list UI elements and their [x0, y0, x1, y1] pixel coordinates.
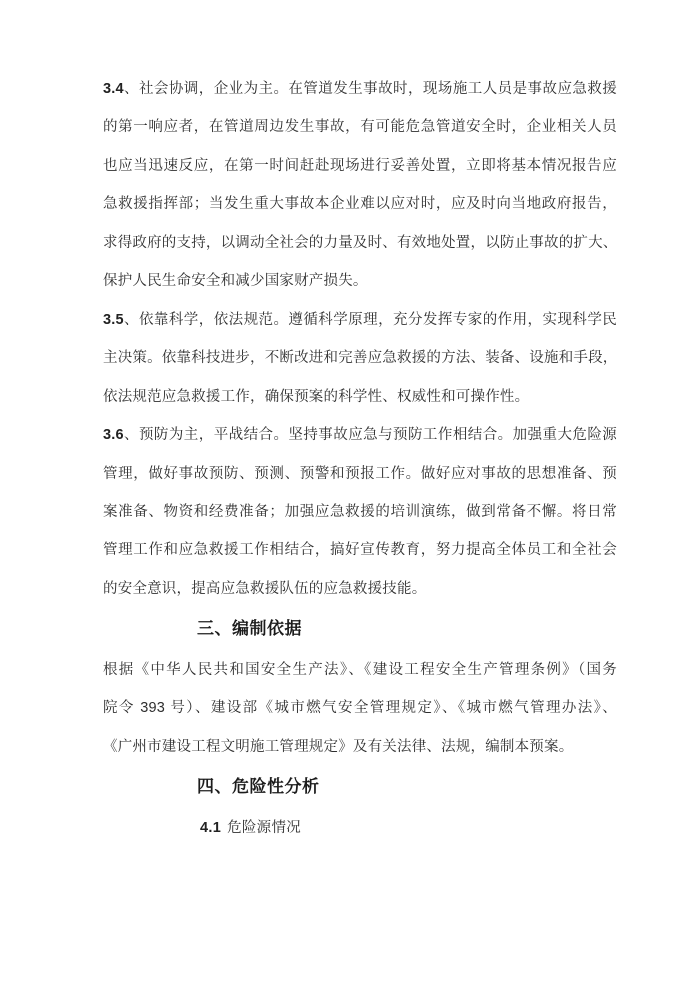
text-line: 《广州市建设工程文明施工管理规定》及有关法律、法规，编制本预案。	[103, 728, 617, 766]
paragraph-3-4: 3.4、社会协调，企业为主。在管道发生事故时，现场施工人员是事故应急救援 的第一…	[103, 70, 617, 301]
text-line: 的安全意识，提高应急救援队伍的应急救援技能。	[103, 570, 617, 608]
document-page: 3.4、社会协调，企业为主。在管道发生事故时，现场施工人员是事故应急救援 的第一…	[0, 0, 700, 990]
text-line: 院令 393 号）、建设部《城市燃气安全管理规定》、《城市燃气管理办法》、	[103, 689, 617, 727]
text-line: 3.5、依靠科学，依法规范。遵循科学原理，充分发挥专家的作用，实现科学民	[103, 301, 617, 339]
text-line: 管理工作和应急救援工作相结合，搞好宣传教育，努力提高全体员工和全社会	[103, 531, 617, 569]
text-line: 求得政府的支持，以调动全社会的力量及时、有效地处置，以防止事故的扩大、	[103, 224, 617, 262]
text-line: 急救援指挥部；当发生重大事故本企业难以应对时，应及时向当地政府报告，	[103, 185, 617, 223]
clause-number: 3.5	[103, 312, 124, 328]
text-line: 的第一响应者，在管道周边发生事故，有可能危急管道安全时，企业相关人员	[103, 108, 617, 146]
text-segment: 、依靠科学，依法规范。遵循科学原理，充分发挥专家的作用，实现科学民	[124, 312, 617, 328]
text-line: 管理，做好事故预防、预测、预警和预报工作。做好应对事故的思想准备、预	[103, 455, 617, 493]
subsection-4-1: 4.1危险源情况	[103, 809, 617, 847]
text-segment: 、预防为主，平战结合。坚持事故应急与预防工作相结合。加强重大危险源	[124, 427, 617, 443]
paragraph-3-5: 3.5、依靠科学，依法规范。遵循科学原理，充分发挥专家的作用，实现科学民 主决策…	[103, 301, 617, 416]
text-line: 案准备、物资和经费准备；加强应急救援的培训演练，做到常备不懈。将日常	[103, 493, 617, 531]
text-line: 保护人民生命安全和减少国家财产损失。	[103, 262, 617, 300]
text-segment: 、社会协调，企业为主。在管道发生事故时，现场施工人员是事故应急救援	[124, 81, 617, 97]
section-heading-risk-analysis: 四、危险性分析	[103, 768, 617, 806]
paragraph-basis: 根据《中华人民共和国安全生产法》、《建设工程安全生产管理条例》（国务 院令 39…	[103, 651, 617, 766]
section-heading-compilation-basis: 三、编制依据	[103, 610, 617, 648]
text-line: 根据《中华人民共和国安全生产法》、《建设工程安全生产管理条例》（国务	[103, 651, 617, 689]
text-line: 3.4、社会协调，企业为主。在管道发生事故时，现场施工人员是事故应急救援	[103, 70, 617, 108]
text-line: 依法规范应急救援工作，确保预案的科学性、权威性和可操作性。	[103, 378, 617, 416]
clause-number: 3.6	[103, 427, 124, 443]
page-content: 3.4、社会协调，企业为主。在管道发生事故时，现场施工人员是事故应急救援 的第一…	[103, 0, 617, 847]
text-line: 也应当迅速反应，在第一时间赶赴现场进行妥善处置，立即将基本情况报告应	[103, 147, 617, 185]
text-line: 主决策。依靠科技进步，不断改进和完善应急救援的方法、装备、设施和手段，	[103, 339, 617, 377]
paragraph-3-6: 3.6、预防为主，平战结合。坚持事故应急与预防工作相结合。加强重大危险源 管理，…	[103, 416, 617, 608]
subsection-number: 4.1	[200, 820, 221, 836]
subsection-title: 危险源情况	[227, 820, 301, 836]
clause-number: 3.4	[103, 81, 124, 97]
text-line: 3.6、预防为主，平战结合。坚持事故应急与预防工作相结合。加强重大危险源	[103, 416, 617, 454]
